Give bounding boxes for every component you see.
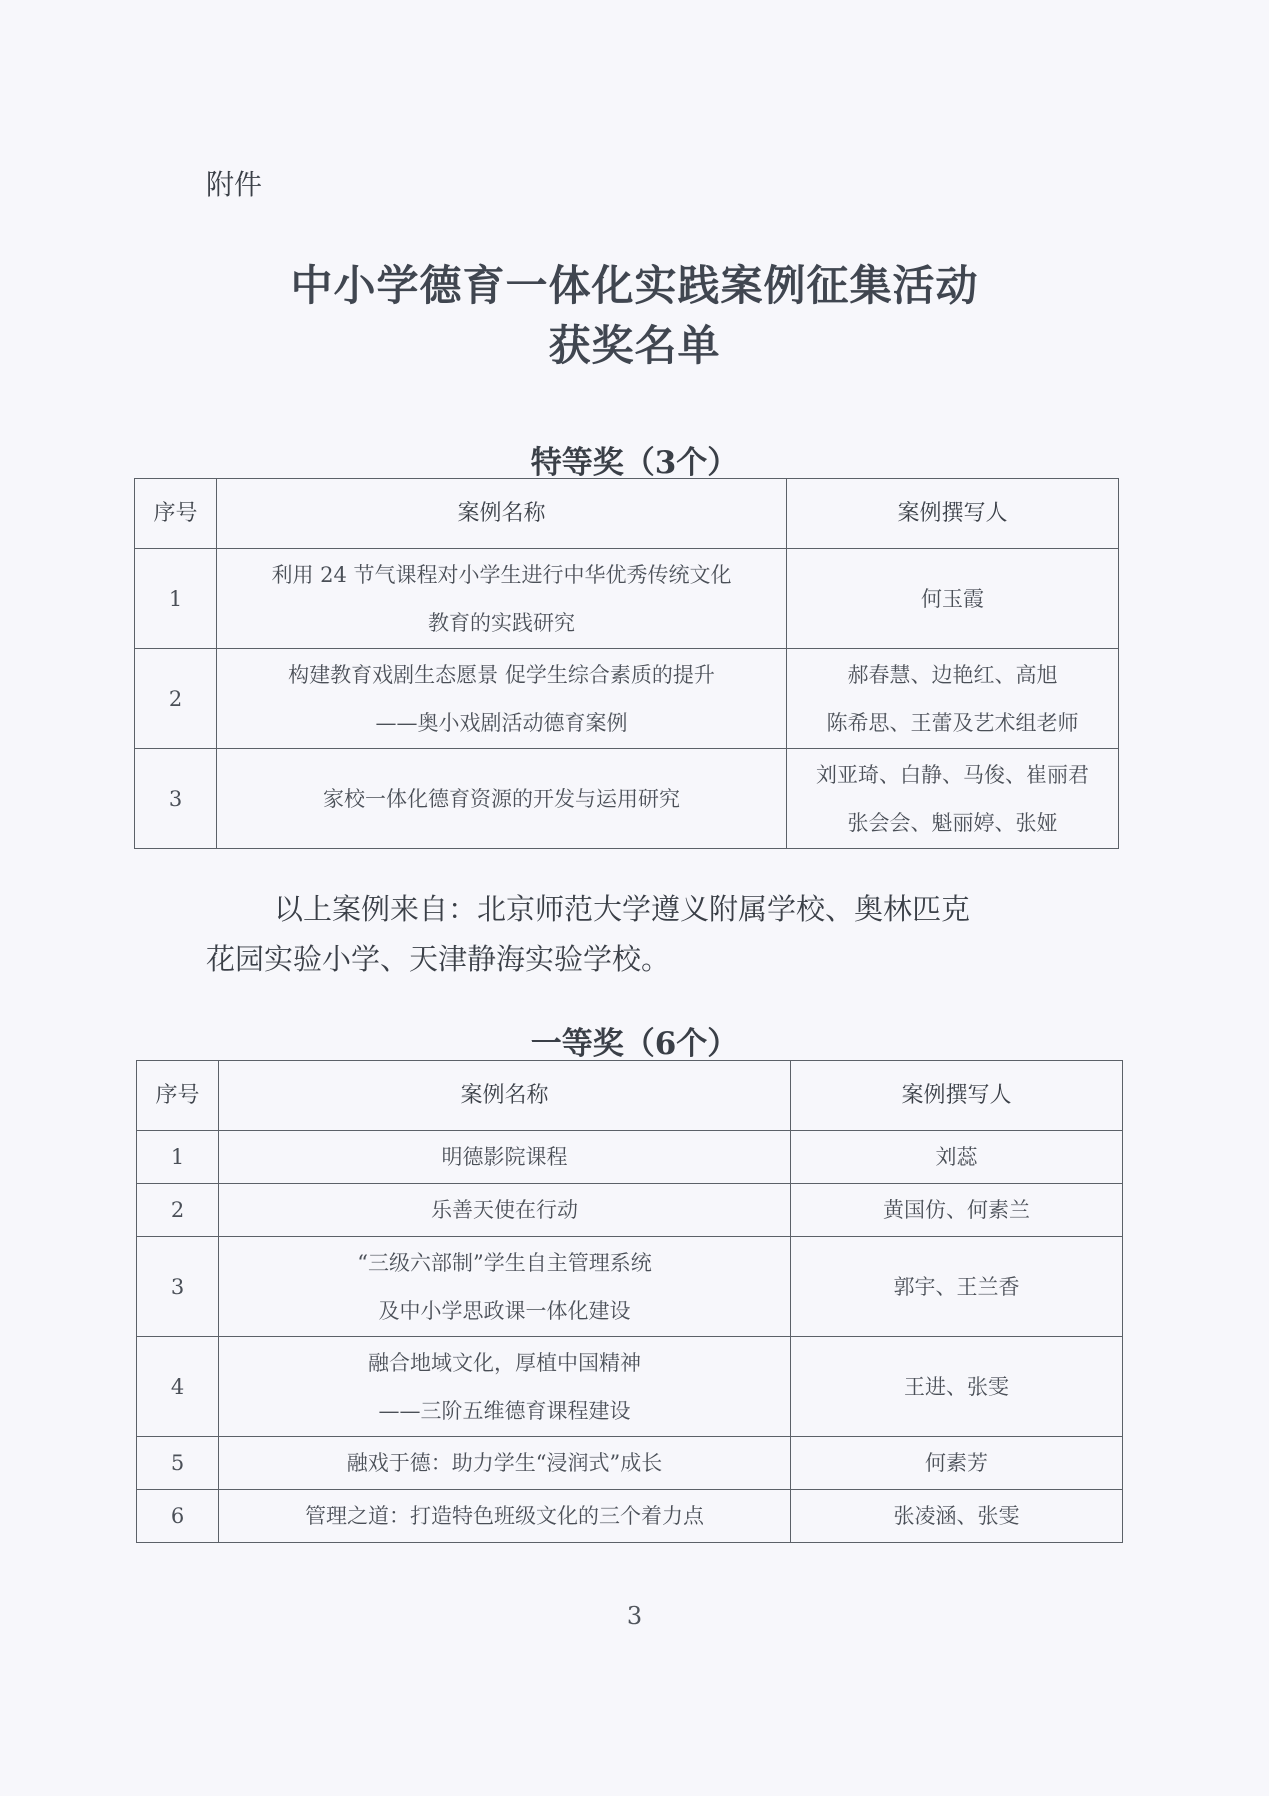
table-row: 1 利用 24 节气课程对小学生进行中华优秀传统文化 教育的实践研究 何玉霞 (135, 549, 1119, 649)
column-header-author: 案例撰写人 (787, 479, 1119, 549)
case-name: 利用 24 节气课程对小学生进行中华优秀传统文化 教育的实践研究 (217, 549, 787, 649)
case-name: 融戏于德：助力学生“浸润式”成长 (219, 1437, 791, 1490)
row-number: 3 (137, 1237, 219, 1337)
table-row: 2 乐善天使在行动 黄国仿、何素兰 (137, 1184, 1123, 1237)
table-header-row: 序号 案例名称 案例撰写人 (137, 1061, 1123, 1131)
row-number: 6 (137, 1490, 219, 1543)
case-name: “三级六部制”学生自主管理系统 及中小学思政课一体化建设 (219, 1237, 791, 1337)
column-header-no: 序号 (137, 1061, 219, 1131)
column-header-no: 序号 (135, 479, 217, 549)
case-name: 家校一体化德育资源的开发与运用研究 (217, 749, 787, 849)
table-row: 6 管理之道：打造特色班级文化的三个着力点 张凌涵、张雯 (137, 1490, 1123, 1543)
table-row: 5 融戏于德：助力学生“浸润式”成长 何素芳 (137, 1437, 1123, 1490)
table-row: 1 明德影院课程 刘蕊 (137, 1131, 1123, 1184)
first-award-heading: 一等奖（6个） (0, 1018, 1269, 1063)
table-row: 2 构建教育戏剧生态愿景 促学生综合素质的提升 ——奥小戏剧活动德育案例 郝春慧… (135, 649, 1119, 749)
case-name: 融合地域文化，厚植中国精神 ——三阶五维德育课程建设 (219, 1337, 791, 1437)
table-header-row: 序号 案例名称 案例撰写人 (135, 479, 1119, 549)
column-header-name: 案例名称 (219, 1061, 791, 1131)
case-author: 刘蕊 (791, 1131, 1123, 1184)
case-name: 乐善天使在行动 (219, 1184, 791, 1237)
page-subtitle: 获奖名单 (0, 313, 1269, 373)
column-header-name: 案例名称 (217, 479, 787, 549)
case-name: 管理之道：打造特色班级文化的三个着力点 (219, 1490, 791, 1543)
table-row: 3 家校一体化德育资源的开发与运用研究 刘亚琦、白静、马俊、崔丽君 张会会、魁丽… (135, 749, 1119, 849)
row-number: 4 (137, 1337, 219, 1437)
case-author: 张凌涵、张雯 (791, 1490, 1123, 1543)
attachment-label: 附件 (206, 163, 262, 203)
case-author: 郝春慧、边艳红、高旭 陈希思、王蕾及艺术组老师 (787, 649, 1119, 749)
row-number: 1 (137, 1131, 219, 1184)
case-author: 黄国仿、何素兰 (791, 1184, 1123, 1237)
column-header-author: 案例撰写人 (791, 1061, 1123, 1131)
first-award-table: 序号 案例名称 案例撰写人 1 明德影院课程 刘蕊 2 乐善天使在行动 黄国仿、… (136, 1060, 1123, 1543)
table-row: 4 融合地域文化，厚植中国精神 ——三阶五维德育课程建设 王进、张雯 (137, 1337, 1123, 1437)
case-name: 构建教育戏剧生态愿景 促学生综合素质的提升 ——奥小戏剧活动德育案例 (217, 649, 787, 749)
row-number: 3 (135, 749, 217, 849)
table-row: 3 “三级六部制”学生自主管理系统 及中小学思政课一体化建设 郭宇、王兰香 (137, 1237, 1123, 1337)
row-number: 2 (137, 1184, 219, 1237)
case-name: 明德影院课程 (219, 1131, 791, 1184)
special-award-heading: 特等奖（3个） (0, 437, 1269, 482)
case-author: 刘亚琦、白静、马俊、崔丽君 张会会、魁丽婷、张娅 (787, 749, 1119, 849)
page-number: 3 (0, 1602, 1269, 1630)
row-number: 1 (135, 549, 217, 649)
case-author: 何素芳 (791, 1437, 1123, 1490)
row-number: 5 (137, 1437, 219, 1490)
row-number: 2 (135, 649, 217, 749)
source-note: 以上案例来自：北京师范大学遵义附属学校、奥林匹克 花园实验小学、天津静海实验学校… (206, 884, 1066, 984)
case-author: 郭宇、王兰香 (791, 1237, 1123, 1337)
special-award-table: 序号 案例名称 案例撰写人 1 利用 24 节气课程对小学生进行中华优秀传统文化… (134, 478, 1119, 849)
case-author: 王进、张雯 (791, 1337, 1123, 1437)
case-author: 何玉霞 (787, 549, 1119, 649)
page-title: 中小学德育一体化实践案例征集活动 (0, 253, 1269, 313)
